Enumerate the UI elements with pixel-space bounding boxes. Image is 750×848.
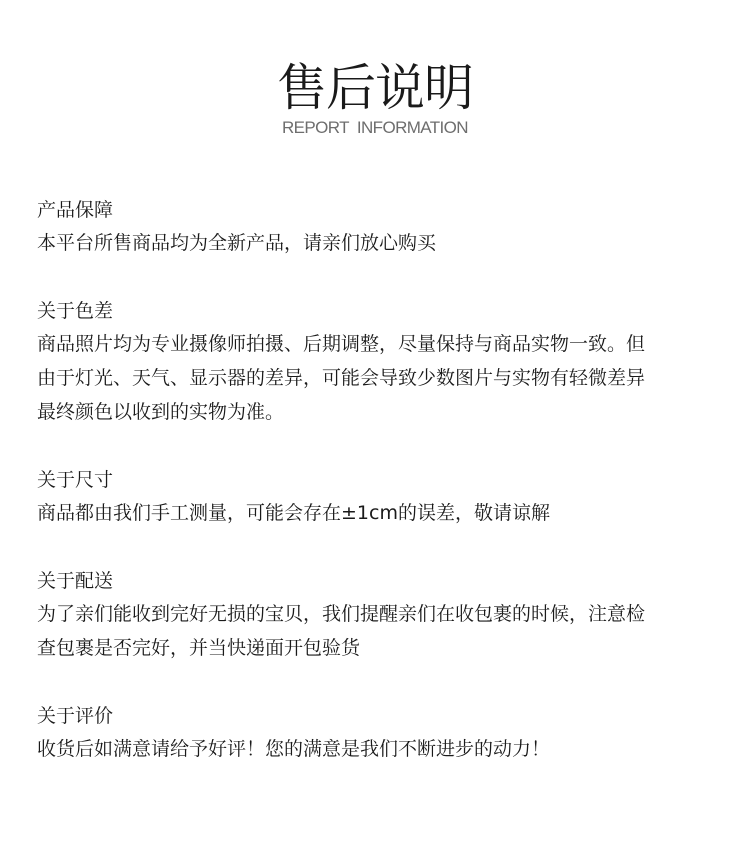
section-body: 为了亲们能收到完好无损的宝贝，我们提醒亲们在收包裹的时候，注意检 查包裹是否完好… xyxy=(37,597,717,665)
section-size: 关于尺寸 商品都由我们手工测量，可能会存在±1cm的误差，敬请谅解 xyxy=(37,464,717,530)
page-title: 售后说明 xyxy=(0,58,750,118)
section-color-difference: 关于色差 商品照片均为专业摄像师拍摄、后期调整，尽量保持与商品实物一致。但 由于… xyxy=(37,295,717,429)
section-heading: 产品保障 xyxy=(37,194,717,226)
section-body: 本平台所售商品均为全新产品，请亲们放心购买 xyxy=(37,226,717,260)
section-delivery: 关于配送 为了亲们能收到完好无损的宝贝，我们提醒亲们在收包裹的时候，注意检 查包… xyxy=(37,565,717,665)
page-subtitle: REPORT INFORMATION xyxy=(0,118,750,138)
body-line: 为了亲们能收到完好无损的宝贝，我们提醒亲们在收包裹的时候，注意检 xyxy=(37,597,717,631)
section-product-guarantee: 产品保障 本平台所售商品均为全新产品，请亲们放心购买 xyxy=(37,194,717,260)
body-line: 收货后如满意请给予好评！您的满意是我们不断进步的动力！ xyxy=(37,732,717,766)
body-line: 最终颜色以收到的实物为准。 xyxy=(37,395,717,429)
section-heading: 关于色差 xyxy=(37,295,717,327)
body-line: 由于灯光、天气、显示器的差异，可能会导致少数图片与实物有轻微差异 xyxy=(37,361,717,395)
body-line: 商品照片均为专业摄像师拍摄、后期调整，尽量保持与商品实物一致。但 xyxy=(37,327,717,361)
page-header: 售后说明 REPORT INFORMATION xyxy=(0,58,750,138)
section-body: 商品都由我们手工测量，可能会存在±1cm的误差，敬请谅解 xyxy=(37,496,717,530)
section-heading: 关于配送 xyxy=(37,565,717,597)
body-line: 商品都由我们手工测量，可能会存在±1cm的误差，敬请谅解 xyxy=(37,496,717,530)
section-body: 商品照片均为专业摄像师拍摄、后期调整，尽量保持与商品实物一致。但 由于灯光、天气… xyxy=(37,327,717,429)
body-line: 本平台所售商品均为全新产品，请亲们放心购买 xyxy=(37,226,717,260)
body-line: 查包裹是否完好，并当快递面开包验货 xyxy=(37,631,717,665)
section-body: 收货后如满意请给予好评！您的满意是我们不断进步的动力！ xyxy=(37,732,717,766)
section-heading: 关于尺寸 xyxy=(37,464,717,496)
section-review: 关于评价 收货后如满意请给予好评！您的满意是我们不断进步的动力！ xyxy=(37,700,717,766)
section-heading: 关于评价 xyxy=(37,700,717,732)
